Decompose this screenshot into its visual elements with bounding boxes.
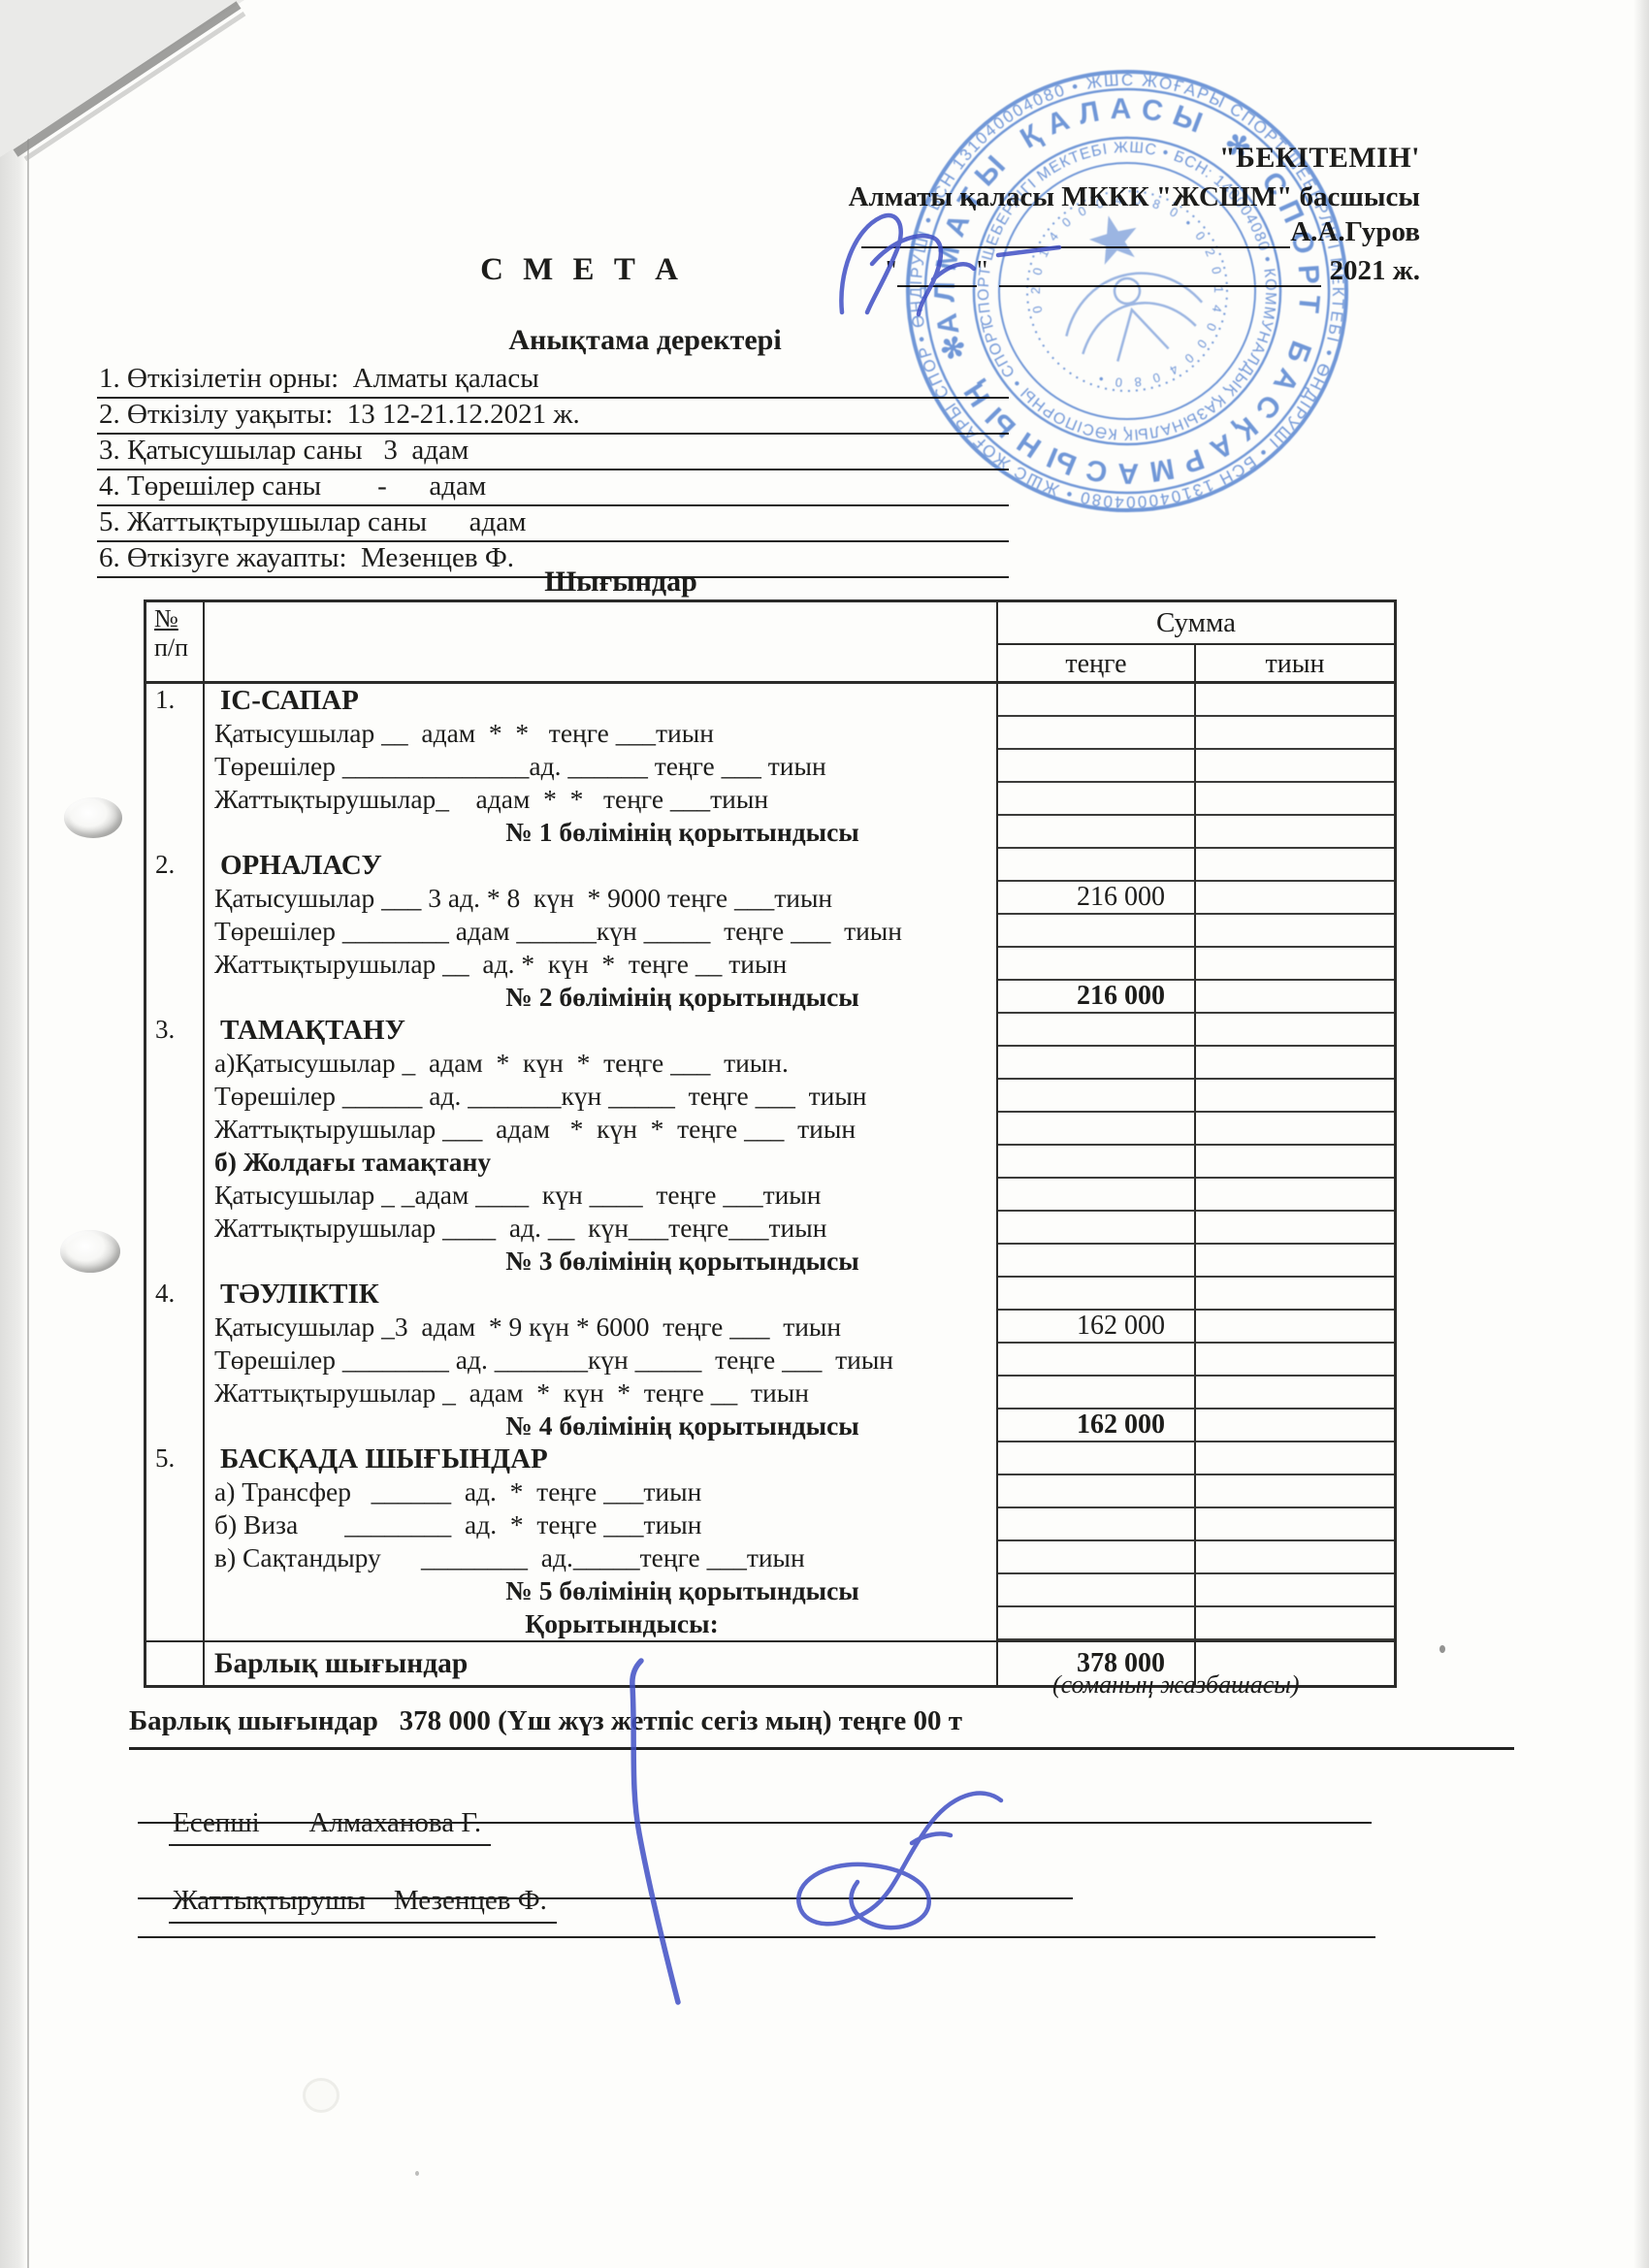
row-tenge-cell xyxy=(998,1475,1196,1508)
coach-signature-row: Жаттықтырушы Мезенцев Ф. xyxy=(141,1853,557,1956)
row-tiyn-cell xyxy=(1196,684,1394,717)
row-tenge-cell xyxy=(998,1541,1196,1574)
scanner-right-edge xyxy=(1633,0,1649,2268)
row-number-cell xyxy=(146,948,205,981)
row-tenge-cell xyxy=(998,1113,1196,1146)
reference-item: 4. Төрешілер саны - адам xyxy=(97,470,1009,506)
row-number-cell: 4. xyxy=(146,1278,205,1311)
stamp-name-ring-text: АЛМАТЫ ҚАЛАСЫ ✻ СПОРТ БАСҚАРМАСЫНЫҢ ✻ xyxy=(902,66,1352,516)
row-description-cell: Барлық шығындар xyxy=(205,1640,998,1685)
row-description-cell: ТӘУЛІКТІК xyxy=(205,1278,998,1311)
row-tiyn-cell xyxy=(1196,1475,1394,1508)
row-number-cell xyxy=(146,1409,205,1442)
reference-item: 1. Өткізілетін орны: Алматы қаласы xyxy=(97,363,1009,399)
row-tenge-cell: 216 000 xyxy=(998,882,1196,915)
row-tiyn-cell xyxy=(1196,1212,1394,1245)
sum-header-cell: Сумма xyxy=(998,602,1394,645)
scanned-smeta-document: "БЕКІТЕМІН' Алматы қаласы МККК "ЖСШМ" ба… xyxy=(0,0,1649,2268)
row-description-cell: Қатысушылар _3 адам * 9 күн * 6000 теңге… xyxy=(205,1311,998,1344)
row-tenge-cell: 162 000 xyxy=(998,1409,1196,1442)
row-number-cell xyxy=(146,1113,205,1146)
stamp-digits-ring-text: 0 2 0 1 4 0 0 0 4 0 8 0 • 0 2 0 1 4 0 0 … xyxy=(1007,171,1247,411)
row-description-cell: Қатысушылар _ _адам ____ күн ____ теңге … xyxy=(205,1179,998,1212)
row-tenge-cell xyxy=(998,750,1196,783)
row-description-cell: Төрешілер ______ ад. _______күн _____ те… xyxy=(205,1080,998,1113)
row-tenge-cell xyxy=(998,1047,1196,1080)
row-number-cell: 3. xyxy=(146,1014,205,1047)
row-tenge-cell xyxy=(998,1179,1196,1212)
row-tenge-cell: 216 000 xyxy=(998,981,1196,1014)
row-number-cell xyxy=(146,1146,205,1179)
row-description-cell: Жаттықтырушылар __ ад. * күн * теңге __ … xyxy=(205,948,998,981)
row-description-cell: ІС-САПАР xyxy=(205,684,998,717)
row-tiyn-cell xyxy=(1196,1047,1394,1080)
row-number-cell xyxy=(146,717,205,750)
row-number-cell: 1. xyxy=(146,684,205,717)
row-number-cell xyxy=(146,915,205,948)
row-description-cell: № 1 бөлімінің қорытындысы xyxy=(205,816,998,849)
row-number-cell xyxy=(146,1212,205,1245)
row-tenge-cell xyxy=(998,1278,1196,1311)
row-description-cell: № 2 бөлімінің қорытындысы xyxy=(205,981,998,1014)
expenses-heading: Шығындар xyxy=(0,566,1242,599)
row-tenge-cell xyxy=(998,1377,1196,1409)
row-tiyn-cell xyxy=(1196,783,1394,816)
row-description-cell: № 3 бөлімінің қорытындысы xyxy=(205,1245,998,1278)
row-number-cell: 2. xyxy=(146,849,205,882)
row-description-cell: б) Жолдағы тамақтану xyxy=(205,1146,998,1179)
row-number-cell xyxy=(146,1574,205,1607)
row-tenge-cell xyxy=(998,1442,1196,1475)
row-description-cell: БАСҚАДА ШЫҒЫНДАР xyxy=(205,1442,998,1475)
row-description-cell: Жаттықтырушылар _ адам * күн * теңге __ … xyxy=(205,1377,998,1409)
row-number-cell xyxy=(146,1377,205,1409)
row-number-cell xyxy=(146,1607,205,1640)
row-tenge-cell xyxy=(998,1080,1196,1113)
row-description-cell: Қатысушылар ___ 3 ад. * 8 күн * 9000 тең… xyxy=(205,882,998,915)
coach-ink-signature xyxy=(798,1794,1001,1928)
signature-long-line-1 xyxy=(138,1822,1372,1824)
row-tenge-cell xyxy=(998,1344,1196,1377)
row-tenge-cell: 162 000 xyxy=(998,1311,1196,1344)
row-tiyn-cell xyxy=(1196,1541,1394,1574)
grand-total-line: Барлық шығындар 378 000 (Үш жүз жетпіс с… xyxy=(129,1705,1514,1750)
reference-item: 2. Өткізілу уақыты: 13 12-21.12.2021 ж. xyxy=(97,399,1009,435)
tiyn-header-cell: тиын xyxy=(1196,645,1394,684)
row-tiyn-cell xyxy=(1196,1377,1394,1409)
row-tiyn-cell xyxy=(1196,849,1394,882)
row-number-cell xyxy=(146,750,205,783)
row-tenge-cell xyxy=(998,783,1196,816)
hole-punch-bottom xyxy=(60,1230,120,1273)
row-tenge-cell xyxy=(998,1574,1196,1607)
no-header-line1: № xyxy=(154,604,178,632)
hole-punch-top xyxy=(64,797,122,838)
no-header-line2: п/п xyxy=(154,633,188,662)
row-description-cell: Қорытындысы: xyxy=(205,1607,998,1640)
row-number-cell xyxy=(146,1541,205,1574)
row-number-cell xyxy=(146,1047,205,1080)
row-tiyn-cell xyxy=(1196,1574,1394,1607)
row-tiyn-cell xyxy=(1196,717,1394,750)
row-tiyn-cell xyxy=(1196,1113,1394,1146)
row-description-cell: ОРНАЛАСУ xyxy=(205,849,998,882)
row-number-cell xyxy=(146,1640,205,1685)
row-number-cell xyxy=(146,882,205,915)
reference-item: 3. Қатысушылар саны 3 адам xyxy=(97,435,1009,470)
row-number-cell xyxy=(146,1311,205,1344)
row-number-cell xyxy=(146,1245,205,1278)
row-description-cell: Төрешілер ________ адам ______күн _____ … xyxy=(205,915,998,948)
row-description-cell: Жаттықтырушылар ___ адам * күн * теңге _… xyxy=(205,1113,998,1146)
row-tiyn-cell xyxy=(1196,1014,1394,1047)
accountant-name: Есепші Алмаханова Г. xyxy=(169,1807,491,1846)
row-number-cell: 5. xyxy=(146,1442,205,1475)
row-number-cell xyxy=(146,1344,205,1377)
row-number-cell xyxy=(146,1080,205,1113)
row-tenge-cell xyxy=(998,948,1196,981)
smudge-ring-artifact xyxy=(303,2078,339,2113)
no-header-cell: № п/п xyxy=(146,602,205,684)
row-description-cell: ТАМАҚТАНУ xyxy=(205,1014,998,1047)
row-tenge-cell xyxy=(998,1508,1196,1541)
row-tiyn-cell xyxy=(1196,1278,1394,1311)
row-description-cell: № 4 бөлімінің қорытындысы xyxy=(205,1409,998,1442)
row-tenge-cell xyxy=(998,1146,1196,1179)
row-tiyn-cell xyxy=(1196,750,1394,783)
tenge-header-cell: теңге xyxy=(998,645,1196,684)
paper-speck xyxy=(1439,1645,1445,1653)
row-number-cell xyxy=(146,981,205,1014)
row-tiyn-cell xyxy=(1196,948,1394,981)
row-tiyn-cell xyxy=(1196,1409,1394,1442)
reference-item: 5. Жаттықтырушылар саны адам xyxy=(97,506,1009,542)
row-tiyn-cell xyxy=(1196,816,1394,849)
expenses-table: № п/п Сумма теңге тиын 1.ІС-САПАРҚатысуш… xyxy=(144,599,1397,1688)
signature-long-line-2 xyxy=(138,1897,1073,1899)
row-tenge-cell xyxy=(998,816,1196,849)
row-number-cell xyxy=(146,1475,205,1508)
row-description-cell: № 5 бөлімінің қорытындысы xyxy=(205,1574,998,1607)
row-tiyn-cell xyxy=(1196,1442,1394,1475)
row-number-cell xyxy=(146,1508,205,1541)
row-number-cell xyxy=(146,1179,205,1212)
reference-list: 1. Өткізілетін орны: Алматы қаласы2. Өтк… xyxy=(97,363,1009,578)
row-tiyn-cell xyxy=(1196,1344,1394,1377)
row-tiyn-cell xyxy=(1196,1146,1394,1179)
row-description-cell: б) Виза ________ ад. * теңге ___тиын xyxy=(205,1508,998,1541)
row-tenge-cell xyxy=(998,1212,1196,1245)
row-description-cell: а)Қатысушылар _ адам * күн * теңге ___ т… xyxy=(205,1047,998,1080)
row-tenge-cell xyxy=(998,1245,1196,1278)
paper-speck-small xyxy=(415,2171,419,2176)
row-number-cell xyxy=(146,816,205,849)
row-description-cell: Жаттықтырушылар_ адам * * теңге ___тиын xyxy=(205,783,998,816)
row-description-cell: Төрешілер ________ ад. _______күн _____ … xyxy=(205,1344,998,1377)
row-tiyn-cell xyxy=(1196,1311,1394,1344)
row-tenge-cell xyxy=(998,1014,1196,1047)
row-tenge-cell xyxy=(998,849,1196,882)
row-tiyn-cell xyxy=(1196,1508,1394,1541)
row-tenge-cell xyxy=(998,1607,1196,1640)
row-tiyn-cell xyxy=(1196,1245,1394,1278)
row-description-cell: в) Сақтандыру ________ ад._____теңге ___… xyxy=(205,1541,998,1574)
row-tiyn-cell xyxy=(1196,1179,1394,1212)
description-header-cell xyxy=(205,602,998,684)
row-description-cell: а) Трансфер ______ ад. * теңге ___тиын xyxy=(205,1475,998,1508)
row-description-cell: Жаттықтырушылар ____ ад. __ күн___теңге_… xyxy=(205,1212,998,1245)
stamp-outer-ring-text: • ӨНДІРУШІ • БСН 131040004080 • ЖШС ЖОҒА… xyxy=(902,66,1352,516)
row-description-cell: Төрешілер ______________ад. ______ теңге… xyxy=(205,750,998,783)
row-tiyn-cell xyxy=(1196,1080,1394,1113)
row-description-cell: Қатысушылар __ адам * * теңге ___тиын xyxy=(205,717,998,750)
round-stamp: • ӨНДІРУШІ • БСН 131040004080 • ЖШС ЖОҒА… xyxy=(902,66,1352,516)
signature-long-line-3 xyxy=(138,1936,1375,1938)
row-tiyn-cell xyxy=(1196,882,1394,915)
row-number-cell xyxy=(146,783,205,816)
row-tiyn-cell xyxy=(1196,981,1394,1014)
row-tiyn-cell xyxy=(1196,915,1394,948)
row-tenge-cell xyxy=(998,684,1196,717)
row-tenge-cell xyxy=(998,717,1196,750)
row-tiyn-cell xyxy=(1196,1607,1394,1640)
amount-in-words-note: (соманың жазбашасы) xyxy=(1052,1670,1300,1700)
row-tenge-cell xyxy=(998,915,1196,948)
coach-name: Жаттықтырушы Мезенцев Ф. xyxy=(169,1885,557,1924)
